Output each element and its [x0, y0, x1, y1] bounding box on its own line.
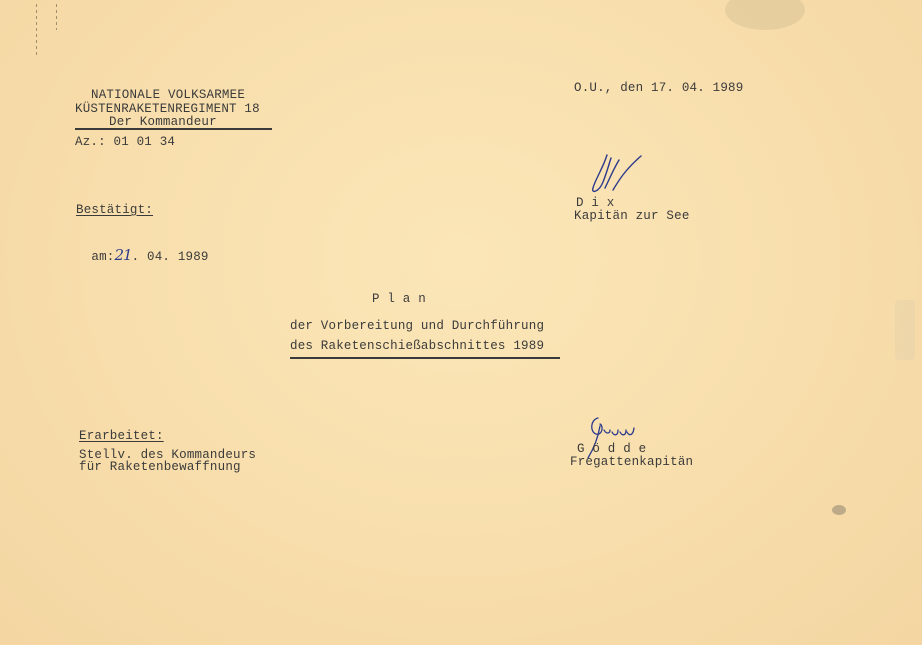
plan-subtitle-line-2: des Raketenschießabschnittes 1989: [290, 340, 544, 353]
place-date: O.U., den 17. 04. 1989: [574, 82, 743, 95]
preparer-rank: Fregattenkapitän: [570, 456, 693, 469]
reference-number: Az.: 01 01 34: [75, 136, 175, 149]
approval-date-prefix: am:: [91, 250, 114, 264]
letterhead-line-1: NATIONALE VOLKSARMEE: [91, 89, 245, 102]
plan-subtitle-line-1: der Vorbereitung und Durchführung: [290, 320, 544, 333]
signature-dix-icon: [585, 150, 655, 200]
fold-mark: [36, 4, 37, 56]
fold-mark: [56, 4, 57, 30]
plan-heading: P l a n: [372, 293, 426, 306]
approver-rank: Kapitän zur See: [574, 210, 690, 223]
approval-date-day-handwritten: 21: [115, 246, 132, 264]
approval-heading: Bestätigt:: [76, 204, 153, 217]
title-rule: [290, 357, 560, 359]
prepared-heading: Erarbeitet:: [79, 430, 164, 443]
letterhead-rule: [75, 128, 272, 130]
approval-date-rest: . 04. 1989: [132, 250, 209, 264]
prepared-line-2: für Raketenbewaffnung: [79, 461, 241, 474]
approval-date: am:21. 04. 1989: [76, 236, 209, 264]
